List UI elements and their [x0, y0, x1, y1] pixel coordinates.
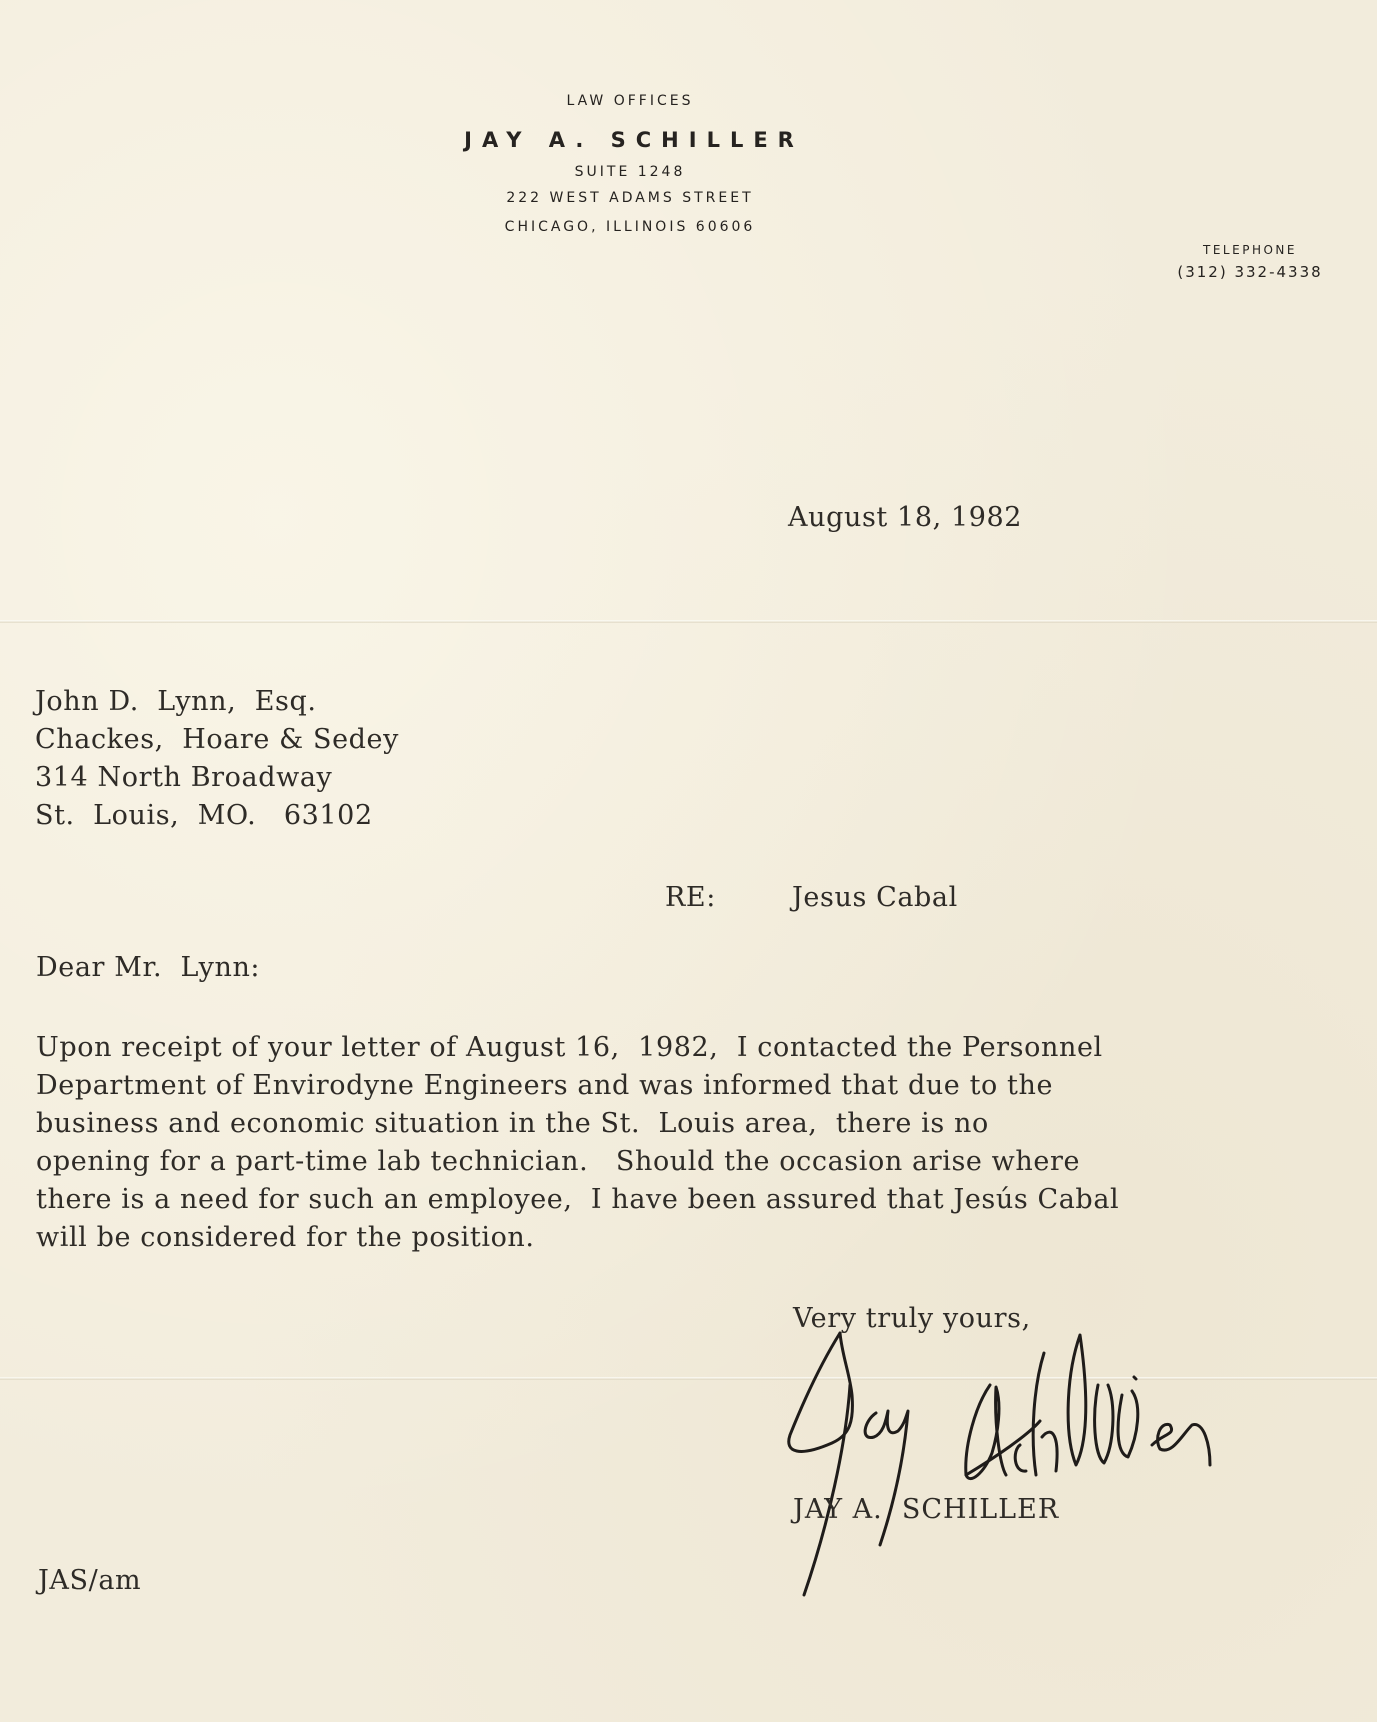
- recipient-line: Chackes, Hoare & Sedey: [35, 724, 399, 755]
- telephone-number: (312) 332-4338: [1177, 263, 1322, 281]
- reference-label: RE:: [665, 882, 716, 913]
- reference-initials: JAS/am: [38, 1565, 141, 1596]
- signer-name: JAY A. SCHILLER: [793, 1494, 1059, 1525]
- body-line: there is a need for such an employee, I …: [36, 1184, 1119, 1215]
- handwritten-signature-icon: [780, 1325, 1300, 1605]
- telephone-label: TELEPHONE: [1203, 243, 1297, 257]
- recipient-line: St. Louis, MO. 63102: [35, 800, 373, 831]
- body-line: Department of Envirodyne Engineers and w…: [36, 1070, 1053, 1101]
- body-line: business and economic situation in the S…: [36, 1108, 989, 1139]
- reference-subject: Jesus Cabal: [792, 882, 958, 913]
- letterhead-subtitle: LAW OFFICES: [567, 93, 694, 109]
- letter-date: August 18, 1982: [788, 502, 1022, 533]
- paper-fold-crease: [0, 620, 1377, 623]
- salutation: Dear Mr. Lynn:: [36, 952, 260, 983]
- recipient-line: John D. Lynn, Esq.: [35, 686, 317, 717]
- letterhead-city: CHICAGO, ILLINOIS 60606: [505, 219, 756, 235]
- body-line: will be considered for the position.: [36, 1222, 535, 1253]
- letterhead-suite: SUITE 1248: [575, 164, 686, 180]
- body-line: Upon receipt of your letter of August 16…: [36, 1032, 1103, 1063]
- body-line: opening for a part-time lab technician. …: [36, 1146, 1080, 1177]
- recipient-line: 314 North Broadway: [35, 762, 332, 793]
- letterhead-firm-name: JAY A. SCHILLER: [464, 128, 804, 152]
- letterhead-street: 222 WEST ADAMS STREET: [506, 190, 753, 206]
